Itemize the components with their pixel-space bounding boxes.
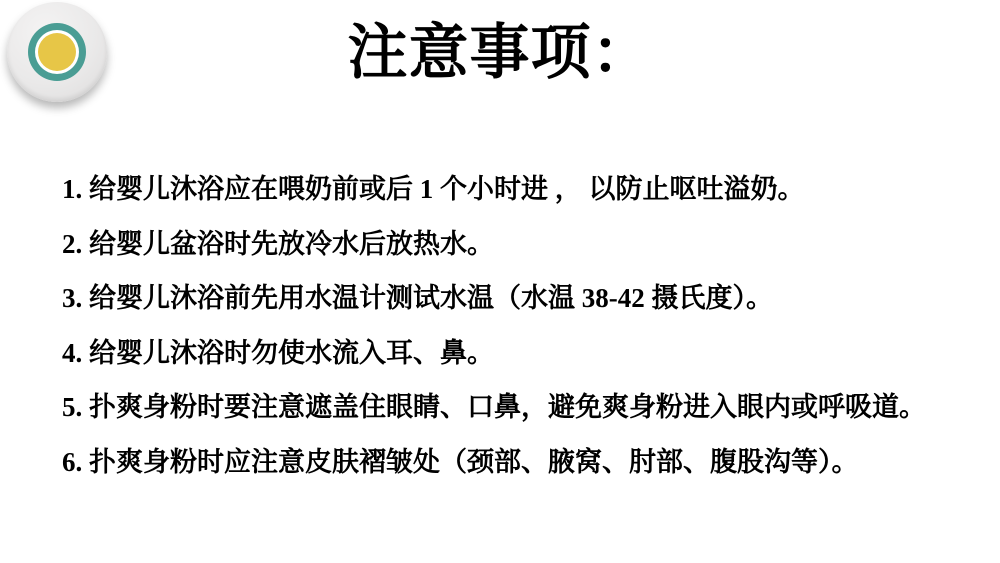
list-item: 1. 给婴儿沐浴应在喂奶前或后 1 个小时进 ， 以防止呕吐溢奶。 — [62, 162, 962, 217]
list-item: 5. 扑爽身粉时要注意遮盖住眼睛、口鼻，避免爽身粉进入眼内或呼吸道。 — [62, 380, 962, 435]
list-item: 6. 扑爽身粉时应注意皮肤褶皱处（颈部、腋窝、肘部、腹股沟等）。 — [62, 435, 962, 490]
list-item: 2. 给婴儿盆浴时先放冷水后放热水。 — [62, 217, 962, 272]
list-item: 3. 给婴儿沐浴前先用水温计测试水温（水温 38-42 摄氏度）。 — [62, 271, 962, 326]
notes-list: 1. 给婴儿沐浴应在喂奶前或后 1 个小时进 ， 以防止呕吐溢奶。 2. 给婴儿… — [62, 162, 962, 490]
slide-title: 注意事项： — [0, 10, 1000, 96]
list-item: 4. 给婴儿沐浴时勿使水流入耳、鼻。 — [62, 326, 962, 381]
slide: 注意事项： 1. 给婴儿沐浴应在喂奶前或后 1 个小时进 ， 以防止呕吐溢奶。 … — [0, 0, 1000, 563]
